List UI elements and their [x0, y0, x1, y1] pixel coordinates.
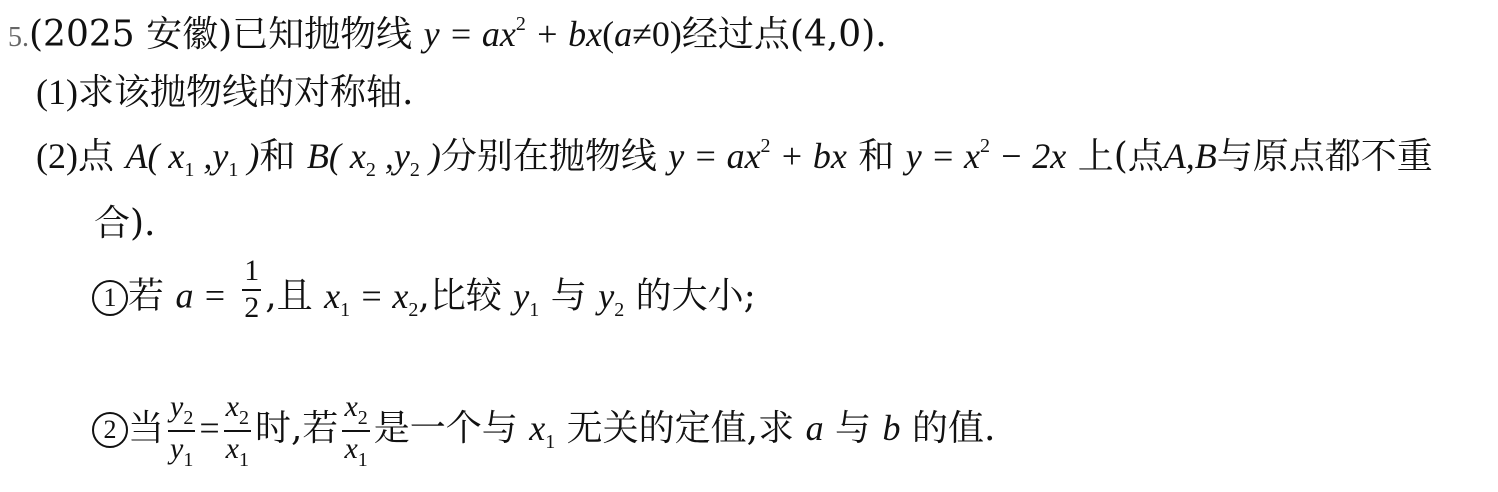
- problem-stem: 5.(2025 安徽)已知抛物线 y = ax2 + bx(a≠0)经过点(4,…: [8, 14, 887, 53]
- text: 时,若: [255, 408, 338, 449]
- fraction-x2-over-x1: x2x1: [224, 390, 251, 472]
- fraction-x2-over-x1-b: x2x1: [342, 390, 369, 472]
- denominator: 2: [242, 291, 261, 326]
- fraction-y2-over-y1: y2y1: [168, 390, 195, 472]
- parabola-equation: y = ax2 + bx: [424, 14, 603, 54]
- text: 与: [835, 408, 871, 449]
- part-2: (2)点 A( x1 ,y1 )和 B( x2 ,y2 )分别在抛物线 y = …: [36, 136, 1433, 180]
- text: 是一个与: [374, 408, 518, 449]
- x1-equals-x2: x1 = x2: [324, 276, 418, 316]
- text: 若: [128, 276, 164, 317]
- sub-question-1: 1若 a = 12,且 x1 = x2,比较 y1 与 y2 的大小;: [92, 272, 756, 325]
- var-a: a: [806, 408, 824, 448]
- text: ,且: [265, 276, 312, 317]
- text: 与: [551, 276, 587, 317]
- text: 上(点: [1078, 136, 1164, 177]
- condition: (a≠0): [602, 14, 682, 54]
- point-a: A( x1 ,y1 ): [125, 136, 259, 176]
- a-equals: a =: [175, 276, 226, 316]
- y1: y1: [513, 276, 539, 316]
- fraction-one-half: 12: [242, 254, 261, 325]
- circled-1-marker: 1: [92, 280, 128, 316]
- numerator: 1: [242, 254, 261, 291]
- equation-2: y = x2 − 2x: [906, 136, 1067, 176]
- problem-source: (2025 安徽): [29, 14, 232, 55]
- x1: x1: [529, 408, 555, 448]
- text: 分别在抛物线: [441, 136, 657, 177]
- part-1-text: 求该抛物线的对称轴.: [78, 72, 413, 113]
- text: 点: [78, 136, 114, 177]
- text: 无关的定值,求: [567, 408, 794, 449]
- stem-suffix: 经过点(4,0).: [682, 14, 887, 55]
- text: 的大小;: [636, 276, 756, 317]
- circled-2-marker: 2: [92, 412, 128, 448]
- part-1: (1)求该抛物线的对称轴.: [36, 74, 413, 111]
- problem-number: 5.: [8, 22, 29, 53]
- points-ab: A,B: [1164, 136, 1217, 176]
- text: 当: [128, 408, 164, 449]
- part-2-cont: 合).: [94, 206, 156, 242]
- y2: y2: [598, 276, 624, 316]
- text: 和: [858, 136, 894, 177]
- var-b: b: [883, 408, 901, 448]
- text: ,比较: [418, 276, 501, 317]
- text: 合).: [94, 203, 156, 244]
- text: 和: [259, 136, 295, 177]
- point-b: B( x2 ,y2 ): [307, 136, 441, 176]
- part-1-label: (1): [36, 72, 78, 112]
- text: 与原点都不重: [1217, 136, 1433, 177]
- equals: =: [199, 408, 219, 448]
- stem-text: 已知抛物线: [232, 14, 412, 55]
- sub-question-2: 2当y2y1=x2x1时,若x2x1是一个与 x1 无关的定值,求 a 与 b …: [92, 390, 995, 472]
- equation-1: y = ax2 + bx: [668, 136, 847, 176]
- part-2-label: (2): [36, 136, 78, 176]
- text: 的值.: [912, 408, 995, 449]
